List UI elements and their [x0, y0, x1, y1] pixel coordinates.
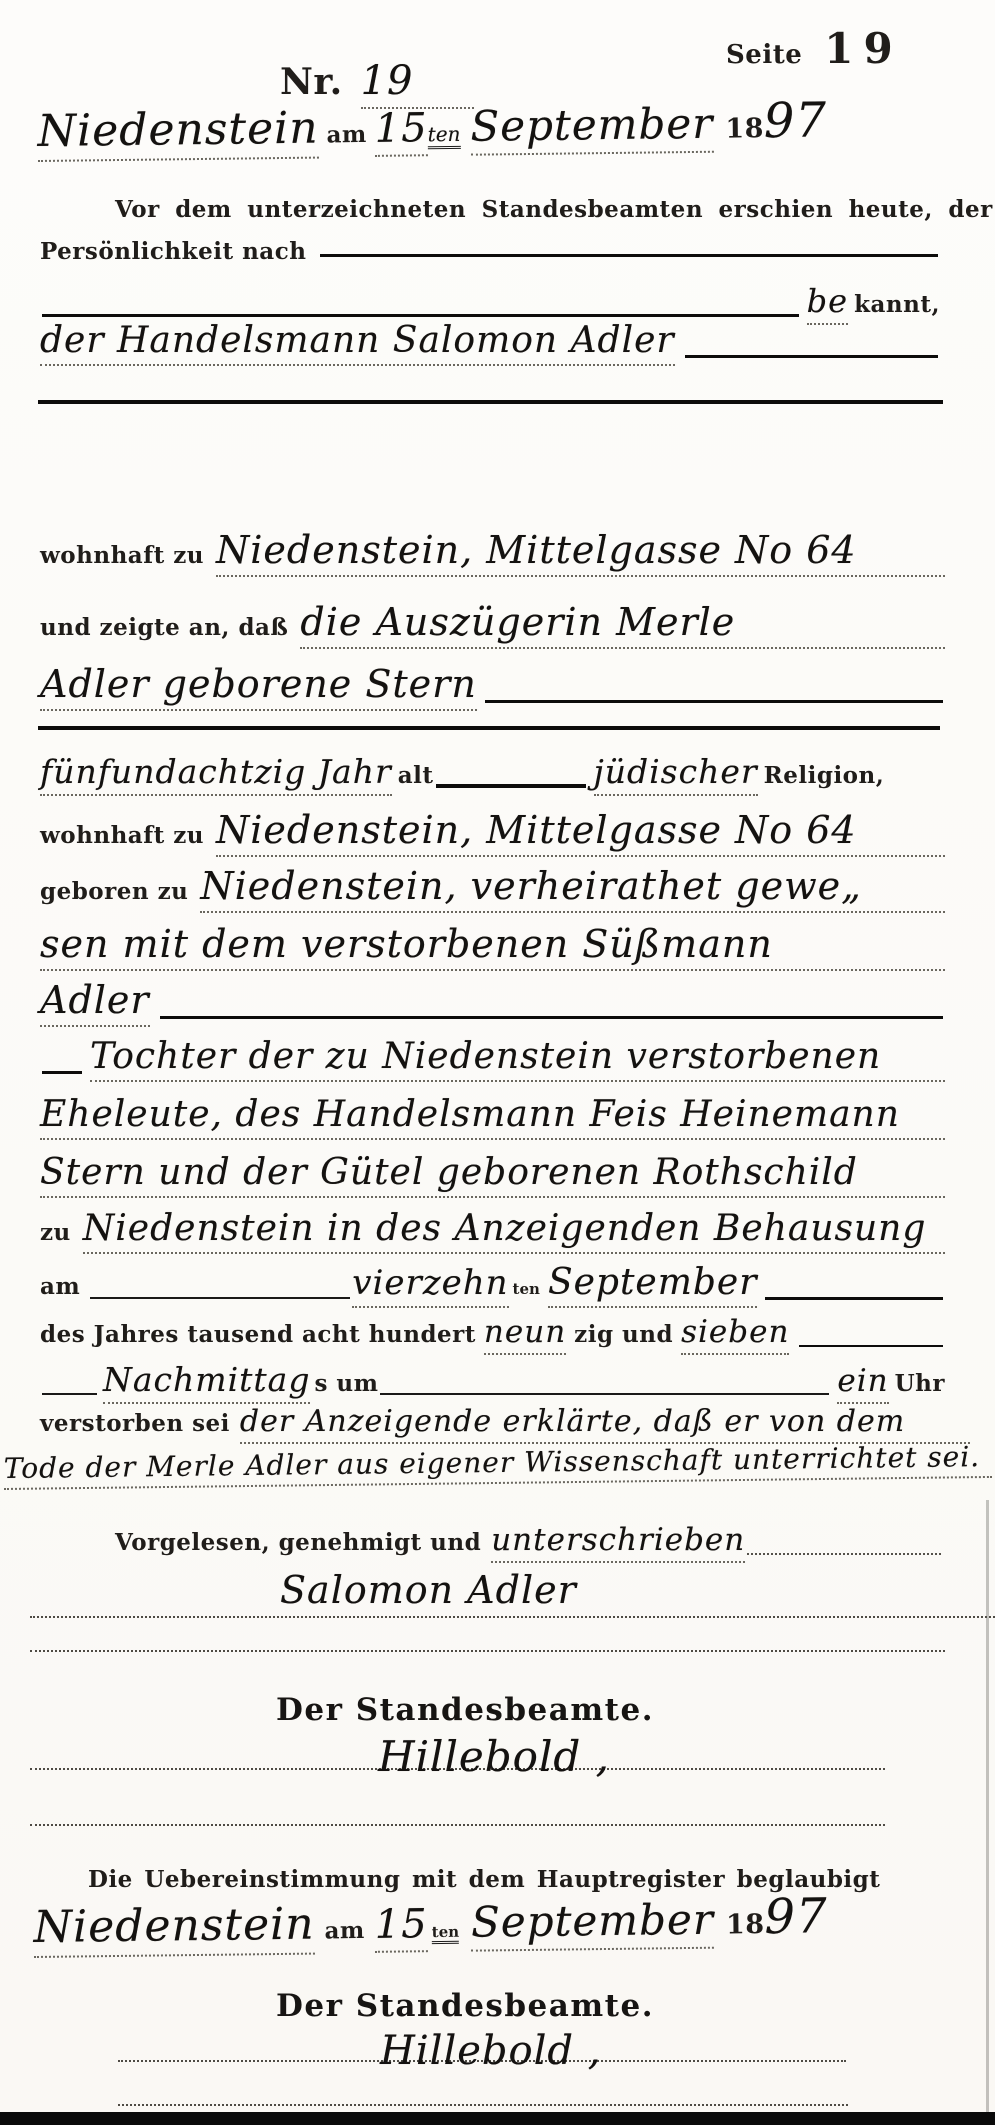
- closing-row: Vorgelesen, genehmigt und unterschrieben: [115, 1522, 943, 1563]
- dotted-line: [30, 1650, 945, 1652]
- scan-edge-line: [986, 1500, 989, 2125]
- record-number-label: Nr.: [280, 61, 343, 103]
- certification-century: 18: [726, 1909, 765, 1940]
- year-hand1: neun: [484, 1314, 566, 1355]
- declaration-line2: Tode der Merle Adler aus eigener Wissens…: [4, 1440, 992, 1490]
- certification-dateline-row: Niedenstein am 15 ten September 18 97: [33, 1887, 924, 1958]
- blank-strike-line: [38, 726, 940, 730]
- deceased-age: fünfundachtzig Jahr: [40, 752, 392, 796]
- page-number-row: Seite 19: [726, 24, 966, 73]
- declaration-row2: Tode der Merle Adler aus eigener Wissens…: [4, 1440, 992, 1490]
- declaration-line1: der Anzeigende erklärte, daß er von dem: [240, 1404, 970, 1444]
- blank-strike-line: [320, 254, 938, 257]
- intro-line2: Persönlichkeit nach: [40, 238, 306, 265]
- intro-line2-row: Persönlichkeit nach: [40, 238, 940, 265]
- day-suffix-label: ten: [513, 1280, 540, 1298]
- blank-strike-line: [685, 355, 938, 358]
- dateline-century: 18: [725, 113, 764, 144]
- dotted-line: [30, 1824, 885, 1826]
- uhr-label: Uhr: [895, 1370, 945, 1397]
- declaration-row1: verstorben sei der Anzeigende erklärte, …: [40, 1404, 970, 1444]
- dateline-row: Niedenstein am 15 ten September 18 97: [37, 91, 918, 162]
- bekannt-row: be kannt,: [40, 282, 940, 325]
- certification-place: Niedenstein: [33, 1899, 315, 1958]
- deceased-religion: jüdischer: [594, 752, 758, 796]
- page-number-label: Seite: [726, 40, 802, 70]
- parents-line3: Stern und der Gütel geborenen Rothschild: [40, 1152, 945, 1198]
- husband-surname: Adler: [40, 978, 150, 1027]
- declarant-residence-row: wohnhaft zu Niedenstein, Mittelgasse No …: [40, 528, 945, 577]
- time-hand: Nachmittag: [103, 1360, 310, 1404]
- blank-strike-line: [160, 1016, 943, 1019]
- unterschrieben-hand: unterschrieben: [491, 1522, 745, 1563]
- declarant-signature-row: Salomon Adler: [30, 1568, 995, 1618]
- deceased-residence-row: wohnhaft zu Niedenstein, Mittelgasse No …: [40, 808, 945, 857]
- dateline-day-suffix: ten: [428, 122, 461, 149]
- alt-label: alt: [398, 762, 434, 789]
- year-print1: des Jahres tausend acht hundert: [40, 1321, 476, 1348]
- deceased-intro-row: und zeigte an, daß die Auszügerin Merle: [40, 600, 945, 649]
- death-year-row: des Jahres tausend acht hundert neun zig…: [40, 1314, 945, 1355]
- blank-line: [90, 1297, 350, 1299]
- declarant-residence: Niedenstein, Mittelgasse No 64: [216, 528, 945, 577]
- time-print: s um: [314, 1370, 378, 1397]
- intro-line1: Vor dem unterzeichneten Standesbeamten e…: [115, 196, 993, 223]
- vorgelesen-label: Vorgelesen, genehmigt und: [115, 1529, 481, 1556]
- year-hand2: sieben: [681, 1314, 789, 1355]
- declarant-name: der Handelsmann Salomon Adler: [40, 320, 675, 366]
- wohnhaft-zu-label: wohnhaft zu: [40, 542, 204, 569]
- death-place-row: zu Niedenstein in des Anzeigenden Behaus…: [40, 1208, 945, 1254]
- blank-strike-line: [765, 1297, 943, 1300]
- deceased-birthplace: Niedenstein, verheirathet gewe„: [200, 864, 945, 913]
- dateline-month: September: [470, 99, 714, 156]
- year-print2: zig und: [574, 1321, 673, 1348]
- blank-strike-line: [42, 314, 799, 317]
- parents-row2: Eheleute, des Handelsmann Feis Heinemann: [40, 1094, 945, 1140]
- dateline-am-label: am: [326, 121, 367, 148]
- dash-mark: [42, 1393, 97, 1395]
- parents-line2: Eheleute, des Handelsmann Feis Heinemann: [40, 1094, 945, 1140]
- husband-name-row: Adler: [40, 978, 945, 1027]
- parents-row3: Stern und der Gütel geborenen Rothschild: [40, 1152, 945, 1198]
- certification-registrar-heading: Der Standesbeamte.: [0, 1988, 930, 2024]
- declarant-row: der Handelsmann Salomon Adler: [40, 320, 940, 366]
- registrar-heading: Der Standesbeamte.: [0, 1692, 930, 1728]
- birthplace-row: geboren zu Niedenstein, verheirathet gew…: [40, 864, 945, 913]
- blank-strike-line: [485, 700, 943, 703]
- blank-line: [380, 1393, 829, 1395]
- marriage-row: sen mit dem verstorbenen Süßmann: [40, 922, 945, 971]
- death-date-row: am vierzehn ten September: [40, 1262, 945, 1308]
- age-religion-row: fünfundachtzig Jahr alt jüdischer Religi…: [40, 752, 945, 796]
- bekannt-hand-be: be: [807, 282, 848, 325]
- verstorben-sei-label: verstorben sei: [40, 1410, 230, 1437]
- registrar-signature: Hillebold ,: [378, 1732, 610, 1781]
- geboren-zu-label: geboren zu: [40, 878, 188, 905]
- zeigte-an-label: und zeigte an, daß: [40, 614, 288, 641]
- dateline-year: 97: [763, 92, 827, 149]
- death-place: Niedenstein in des Anzeigenden Behausung: [83, 1208, 945, 1254]
- declarant-signature: Salomon Adler: [280, 1568, 577, 1612]
- bekannt-print: kannt,: [854, 291, 940, 318]
- marriage-continuation: sen mit dem verstorbenen Süßmann: [40, 922, 945, 971]
- certification-day: 15: [374, 1901, 428, 1953]
- certification-day-suffix: ten: [432, 1923, 460, 1944]
- deceased-name-part2: Adler geborene Stern: [40, 662, 477, 711]
- certification-year: 97: [764, 1888, 828, 1945]
- death-hour: ein: [837, 1363, 888, 1404]
- dateline-day: 15: [374, 105, 428, 157]
- zu-label: zu: [40, 1219, 71, 1246]
- death-month: September: [548, 1262, 757, 1308]
- dash-mark: [42, 1071, 82, 1074]
- blank-line: [799, 1345, 943, 1347]
- death-time-row: Nachmittag s um ein Uhr: [40, 1360, 945, 1404]
- parents-row1: Tochter der zu Niedenstein verstorbenen: [40, 1036, 945, 1082]
- wohnhaft-zu-label: wohnhaft zu: [40, 822, 204, 849]
- death-day: vierzehn: [352, 1263, 508, 1308]
- blank-strike-line: [436, 784, 586, 788]
- death-register-page: Seite 19 Nr. 19 Niedenstein am 15 ten Se…: [0, 0, 995, 2125]
- am-label: am: [40, 1273, 80, 1300]
- certification-registrar-signature: Hillebold ,: [380, 2028, 601, 2074]
- parents-line1: Tochter der zu Niedenstein verstorbenen: [90, 1036, 945, 1082]
- religion-label: Religion,: [764, 762, 885, 789]
- dateline-place: Niedenstein: [37, 103, 319, 162]
- dotted-line: [747, 1553, 941, 1555]
- certification-month: September: [471, 1895, 715, 1952]
- intro-line1-row: Vor dem unterzeichneten Standesbeamten e…: [115, 196, 945, 223]
- page-number-value: 19: [824, 24, 902, 73]
- certification-am-label: am: [324, 1917, 365, 1944]
- dotted-line: [118, 2104, 848, 2106]
- deceased-name-row: Adler geborene Stern: [40, 662, 945, 711]
- deceased-name-part1: die Auszügerin Merle: [300, 600, 945, 649]
- blank-strike-line: [38, 400, 943, 404]
- deceased-residence: Niedenstein, Mittelgasse No 64: [216, 808, 945, 857]
- scan-edge-bar: [0, 2112, 995, 2125]
